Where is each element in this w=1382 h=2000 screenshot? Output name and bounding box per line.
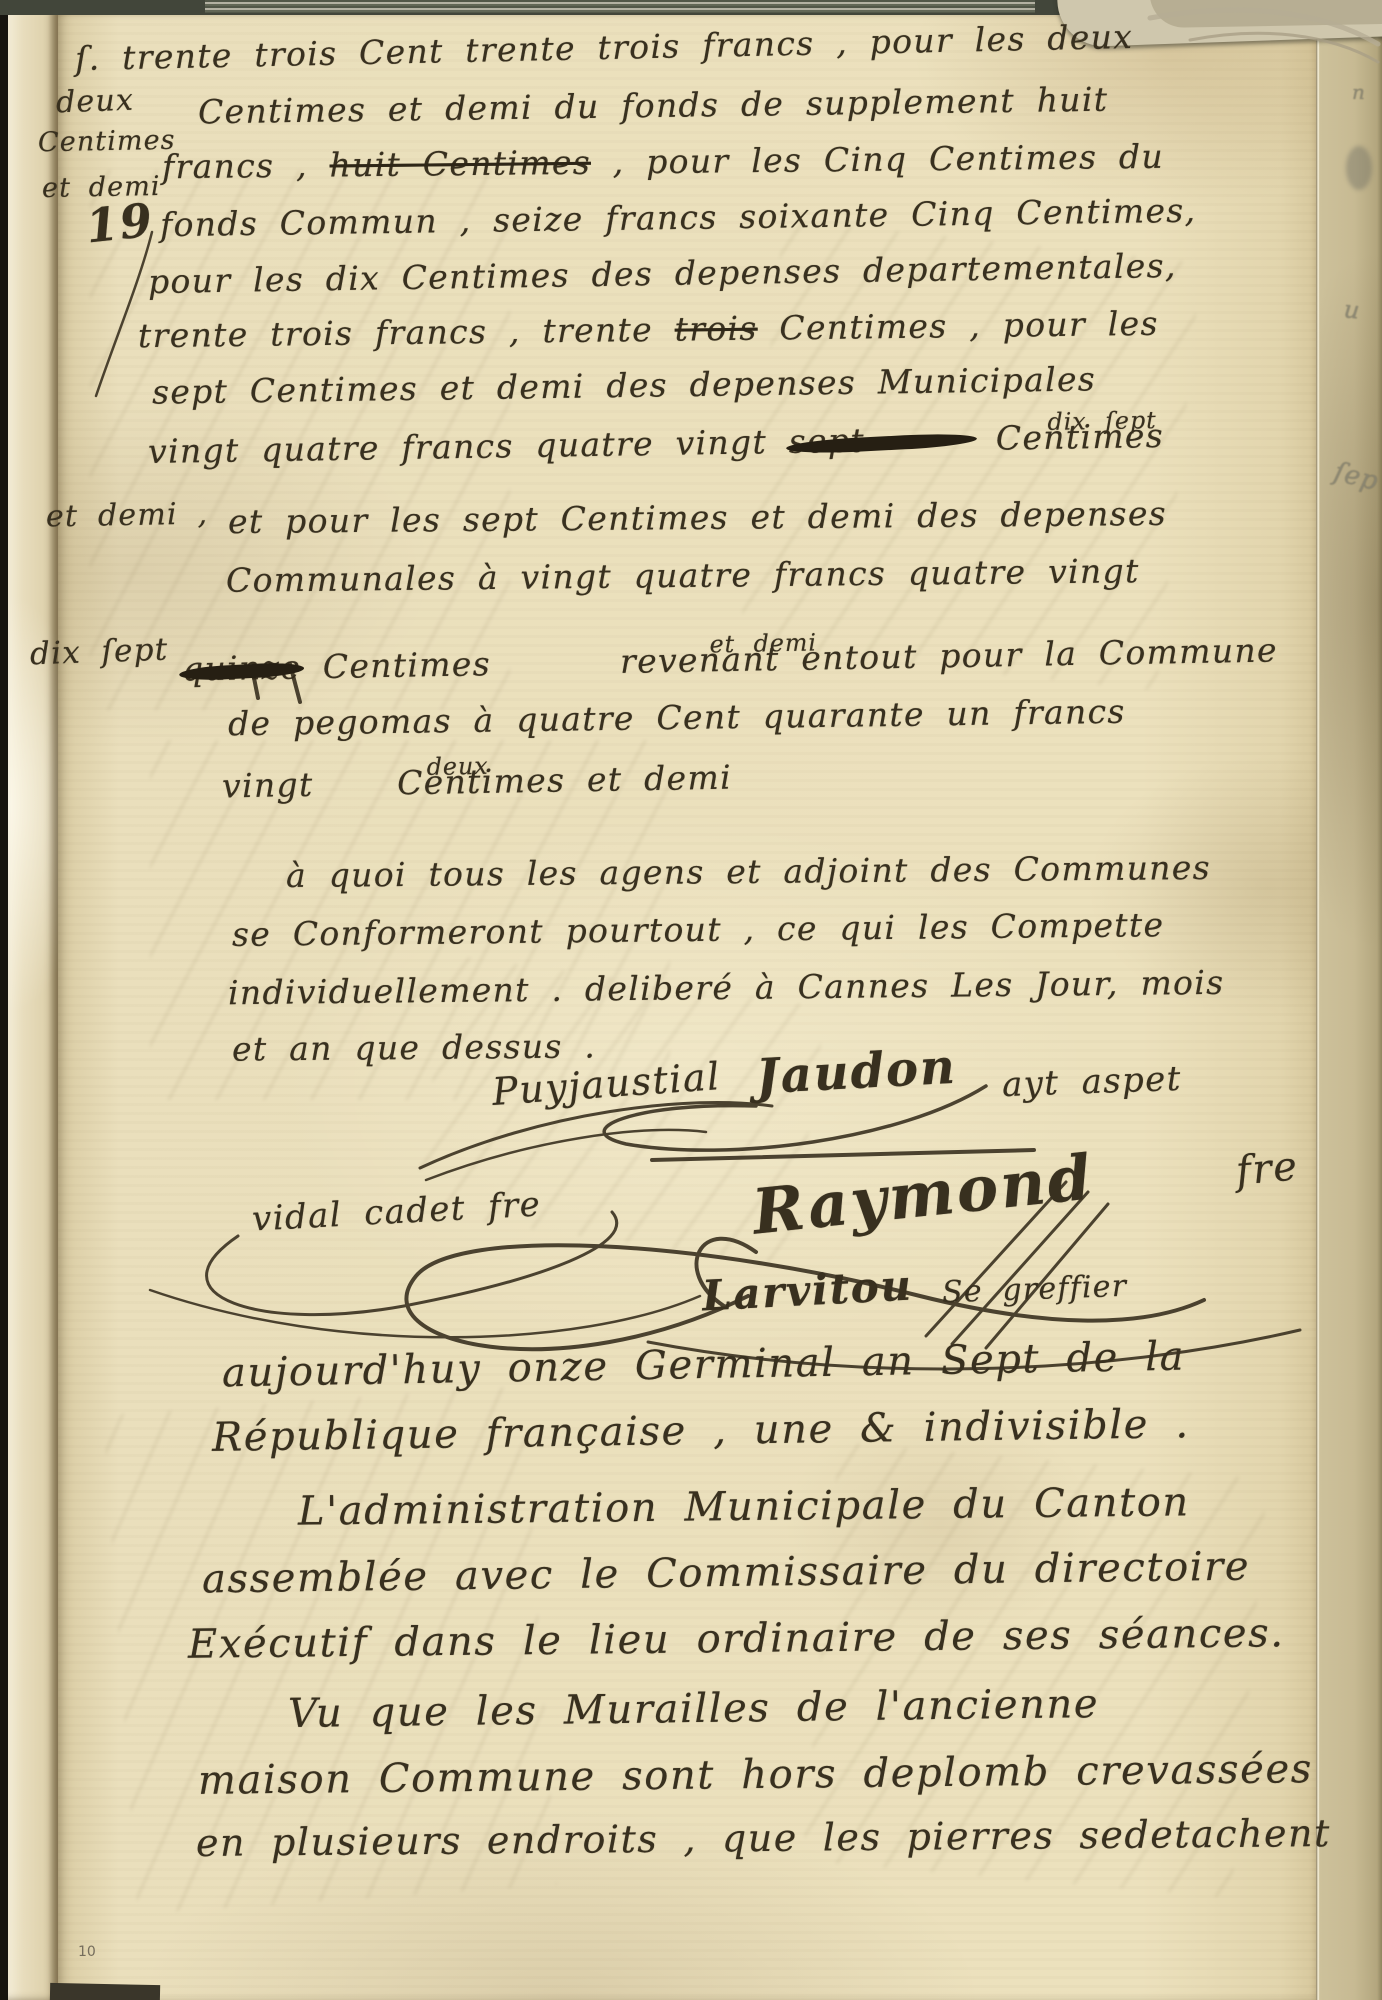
- margin-note: dix ſept: [29, 632, 169, 673]
- adjacent-page-ink-mark: n: [1352, 80, 1366, 104]
- under-page-edge: [8, 6, 58, 2000]
- signature: Jaudon: [755, 1039, 958, 1105]
- manuscript-line: à quoi tous les agens et adjoint des Com…: [286, 848, 1211, 895]
- adjacent-page-ink-mark: u: [1343, 295, 1362, 325]
- manuscript-line: et an que dessus .: [232, 1026, 596, 1068]
- ink-smudge: [1346, 146, 1372, 190]
- margin-note: Centimes: [38, 125, 176, 158]
- margin-note: et demi ,: [46, 497, 209, 535]
- manuscript-line: et pour les sept Centimes et demi des de…: [228, 494, 1167, 541]
- margin-note: deux: [55, 83, 134, 121]
- manuscript-line: L'administration Municipale du Canton: [298, 1479, 1190, 1534]
- bottom-shadow-wedge: [50, 1983, 160, 2000]
- margin-note: 19: [83, 193, 156, 254]
- signature: Se greffier: [941, 1269, 1127, 1310]
- manuscript-scan: 10 ſ. trente trois Cent trente trois fra…: [0, 0, 1382, 2000]
- pencil-folio-number: 10: [78, 1944, 96, 1960]
- curled-corner-inner: [1150, 0, 1382, 28]
- page-stack-lines: [205, 0, 1035, 13]
- signature: fre: [1234, 1143, 1300, 1194]
- signature: ayt aspet: [1001, 1059, 1182, 1105]
